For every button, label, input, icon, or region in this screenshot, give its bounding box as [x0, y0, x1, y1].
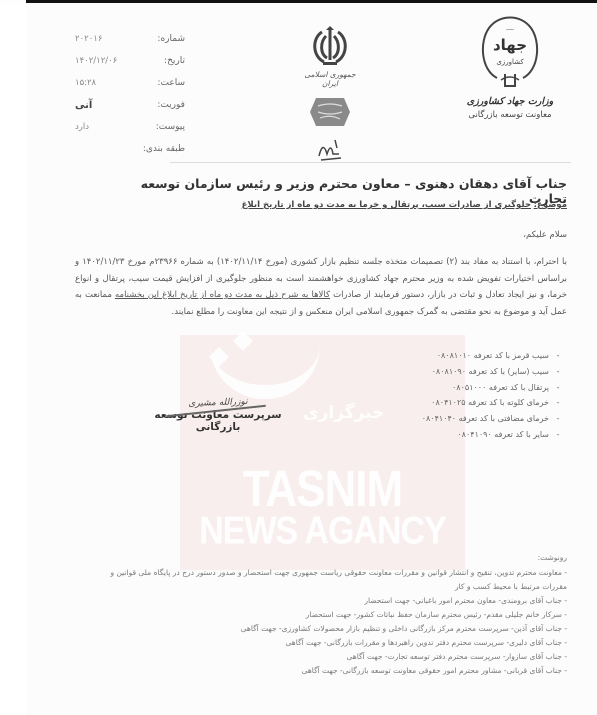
list-dash: - [549, 380, 567, 396]
iran-emblem-icon [310, 26, 350, 68]
calligraphy-signature-icon [315, 136, 345, 162]
cc-list: - معاونت محترم تدوین، تنقیح و انتشار قوا… [80, 566, 567, 678]
meta-value: ۱۴۰۲/۱۲/۰۶ [75, 56, 135, 66]
letter-meta: شماره:۲۰۲۰۱۶تاریخ:۱۴۰۲/۱۲/۰۶ساعت:۱۵:۲۸فو… [70, 28, 185, 160]
meta-key: پیوست: [135, 122, 185, 132]
meta-key: شماره: [135, 34, 185, 44]
letter-greeting: سلام علیکم، [523, 230, 567, 240]
svg-text:ـــــ: ـــــ [505, 26, 514, 32]
body-text-underlined: کالاها به شرح ذیل به مدت دو ماه از تاریخ… [115, 290, 330, 300]
letter-body: با احترام، با استناد به مفاد بند (۲) تصم… [75, 254, 567, 320]
meta-key: تاریخ: [135, 56, 185, 66]
meta-key: طبقه بندی: [135, 144, 185, 154]
logo-top-word: جهاد [493, 36, 527, 54]
list-dash: - [549, 411, 567, 427]
meta-row: فوریت:آنی [70, 94, 185, 116]
scan-left-margin [0, 3, 26, 715]
ministry-department: معاونت توسعه بازرگانی [455, 110, 565, 120]
meta-row: شماره:۲۰۲۰۱۶ [70, 28, 185, 50]
subject-text: جلوگیری از صادرات سیب، پرتقال و خرما به … [242, 200, 531, 210]
cc-title: رونوشت: [538, 553, 567, 562]
meta-value: آنی [75, 100, 135, 111]
cc-line: - جناب آقای قربانی- مشاور محترم امور حقو… [80, 664, 567, 678]
meta-row: تاریخ:۱۴۰۲/۱۲/۰۶ [70, 50, 185, 72]
cc-line: - معاونت محترم تدوین، تنقیح و انتشار قوا… [80, 566, 567, 580]
meta-value: دارد [75, 122, 135, 132]
cc-line: - جناب آقای سازوار- سرپرست محترم دفتر تو… [80, 650, 567, 664]
cc-line: مقررات مرتبط با محیط کسب و کار [80, 580, 567, 594]
cc-line: - جناب آقای دلیری- سرپرست محترم دفتر تدو… [80, 636, 567, 650]
list-dash: - [549, 427, 567, 443]
product-list: -سیب قرمز با کد تعرفه ۰۸۰۸۱۰۱۰-سیب (سایر… [347, 348, 567, 443]
ministry-name: وزارت جهاد کشاورزی [455, 96, 565, 107]
signature-block: نوزرالله مشیری سرپرست معاونت توسعه بازرگ… [148, 398, 288, 433]
meta-key: فوریت: [135, 100, 185, 110]
meta-value: ۲۰۲۰۱۶ [75, 34, 135, 44]
emblem-caption: جمهوری اسلامی ایران [300, 70, 360, 88]
logo-bottom-word: کشاورزی [496, 58, 524, 66]
product-list-text: سیب (سایر) با کد تعرفه ۰۸۰۸۱۰۹۰ [432, 364, 549, 380]
header-divider [170, 162, 571, 163]
meta-key: ساعت: [135, 78, 185, 88]
product-list-item: -سایر با کد تعرفه ۰۸۰۴۱۰۹۰ [347, 427, 567, 443]
product-list-text: سایر با کد تعرفه ۰۸۰۴۱۰۹۰ [457, 427, 549, 443]
year-motto-seal-icon [308, 94, 352, 130]
ministry-logo-block: ـــــ جهاد کشاورزی وزارت جهاد کشاورزی مع… [455, 12, 565, 120]
watermark-subtitle: NEWS AGANCY [185, 509, 460, 554]
meta-row: ساعت:۱۵:۲۸ [70, 72, 185, 94]
product-list-text: خرمای مضافتی با کد تعرفه ۰۸۰۴۱۰۴۰ [422, 411, 549, 427]
product-list-item: -خرمای مضافتی با کد تعرفه ۰۸۰۴۱۰۴۰ [347, 411, 567, 427]
cc-line: - سرکار خانم جلیلی مقدم- رئیس محترم سازم… [80, 608, 567, 622]
meta-row: طبقه بندی: [70, 138, 185, 160]
meta-row: پیوست:دارد [70, 116, 185, 138]
iran-emblem-block: جمهوری اسلامی ایران [300, 26, 360, 162]
jahad-keshavarzi-logo-icon: ـــــ جهاد کشاورزی [475, 12, 545, 90]
product-list-text: پرتقال با کد تعرفه ۰۸۰۵۱۰۰۰ [452, 380, 549, 396]
product-list-item: -پرتقال با کد تعرفه ۰۸۰۵۱۰۰۰ [347, 380, 567, 396]
product-list-item: -خرمای کلوته با کد تعرفه ۰۸۰۴۱۰۲۵ [347, 395, 567, 411]
product-list-item: -سیب (سایر) با کد تعرفه ۰۸۰۸۱۰۹۰ [347, 364, 567, 380]
product-list-item: -سیب قرمز با کد تعرفه ۰۸۰۸۱۰۱۰ [347, 348, 567, 364]
list-dash: - [549, 395, 567, 411]
list-dash: - [549, 364, 567, 380]
product-list-text: سیب قرمز با کد تعرفه ۰۸۰۸۱۰۱۰ [437, 348, 549, 364]
letter-subject: موضوع: جلوگیری از صادرات سیب، پرتقال و خ… [127, 200, 567, 210]
signatory-title: سرپرست معاونت توسعه بازرگانی [148, 409, 288, 433]
cc-line: - جناب آقای برومندی- معاون محترم امور با… [80, 594, 567, 608]
product-list-text: خرمای کلوته با کد تعرفه ۰۸۰۴۱۰۲۵ [431, 395, 549, 411]
subject-label: موضوع: [534, 200, 567, 210]
meta-value: ۱۵:۲۸ [75, 78, 135, 88]
cc-line: - جناب آقای آذین- سرپرست محترم مرکز بازر… [80, 622, 567, 636]
list-dash: - [549, 348, 567, 364]
